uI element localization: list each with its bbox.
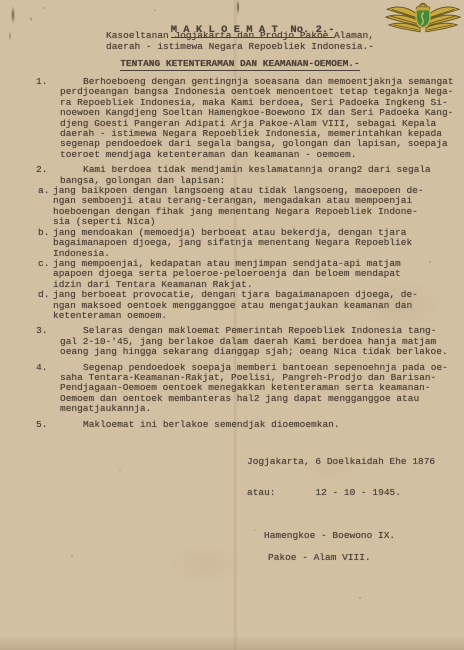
item-2: 2. Kami berdoea tidak mendjamin keslamat… [0, 165, 464, 321]
subitem-d-text: jang berboeat provocatie, dengan tjara b… [53, 290, 464, 321]
item-4-text: Segenap pendoedoek soepaja memberi banto… [60, 363, 464, 415]
subitem-a-letter: a. [38, 186, 49, 196]
signature-hamengkubuwono: Hamengkoe - Boewono IX. [264, 531, 464, 541]
item-1: 1. Berhoeboeng dengan gentingnja soeasan… [0, 77, 464, 160]
section-heading-text: TENTANG KETENTERAMAN DAN KEAMANAN-OEMOEM… [120, 58, 359, 71]
item-2-intro: Kami berdoea tidak mendjamin keslamatann… [60, 165, 464, 186]
subitem-b-text: jang mendoakan (memoedja) berboeat atau … [53, 228, 464, 259]
item-3-number: 3. [36, 326, 47, 336]
item-3: 3. Selaras dengan makloemat Pemerintah R… [0, 326, 464, 357]
subitem-b: b. jang mendoakan (memoedja) berboeat at… [0, 228, 464, 259]
document-subtitle: Kasoeltanan Jogjakarta dan Prodjo Pakoe … [16, 31, 464, 52]
subitem-c: c. jang mempoenjai, kedapatan atau menji… [0, 259, 464, 290]
item-5-number: 5. [36, 420, 47, 430]
subitem-b-letter: b. [38, 228, 49, 238]
item-1-number: 1. [36, 77, 47, 87]
item-5: 5. Makloemat ini berlakoe semendjak dioe… [0, 420, 464, 430]
subitem-d-letter: d. [38, 290, 49, 300]
document-body: 1. Berhoeboeng dengan gentingnja soeasan… [0, 77, 464, 563]
signature-pakualam: Pakoe - Alam VIII. [268, 553, 464, 563]
item-1-text: Berhoeboeng dengan gentingnja soeasana d… [60, 77, 464, 160]
dateline: Jogjakarta, 6 Doelkaidah Ehe 1876 atau: … [247, 436, 464, 519]
document-page: M A K L O E M A T No. 2.- Kasoeltanan Jo… [0, 0, 464, 650]
item-4-number: 4. [36, 363, 47, 373]
item-5-text: Makloemat ini berlakoe semendjak dioemoe… [60, 420, 464, 430]
subitem-a: a. jang baikpoen dengan langsoeng atau t… [0, 186, 464, 228]
item-3-text: Selaras dengan makloemat Pemerintah Repo… [60, 326, 464, 357]
crest-crown [416, 3, 430, 9]
subitem-a-text: jang baikpoen dengan langsoeng atau tida… [53, 186, 464, 228]
dateline-javanese-date: Jogjakarta, 6 Doelkaidah Ehe 1876 [247, 457, 464, 467]
item-4: 4. Segenap pendoedoek soepaja memberi ba… [0, 363, 464, 415]
dateline-gregorian-date: atau: 12 - 10 - 1945. [247, 488, 464, 498]
item-2-number: 2. [36, 165, 47, 175]
subitem-c-letter: c. [38, 259, 49, 269]
section-heading: TENTANG KETENTERAMAN DAN KEAMANAN-OEMOEM… [16, 58, 464, 71]
subitem-c-text: jang mempoenjai, kedapatan atau menjimpa… [53, 259, 464, 290]
subitem-d: d. jang berboeat provocatie, dengan tjar… [0, 290, 464, 321]
